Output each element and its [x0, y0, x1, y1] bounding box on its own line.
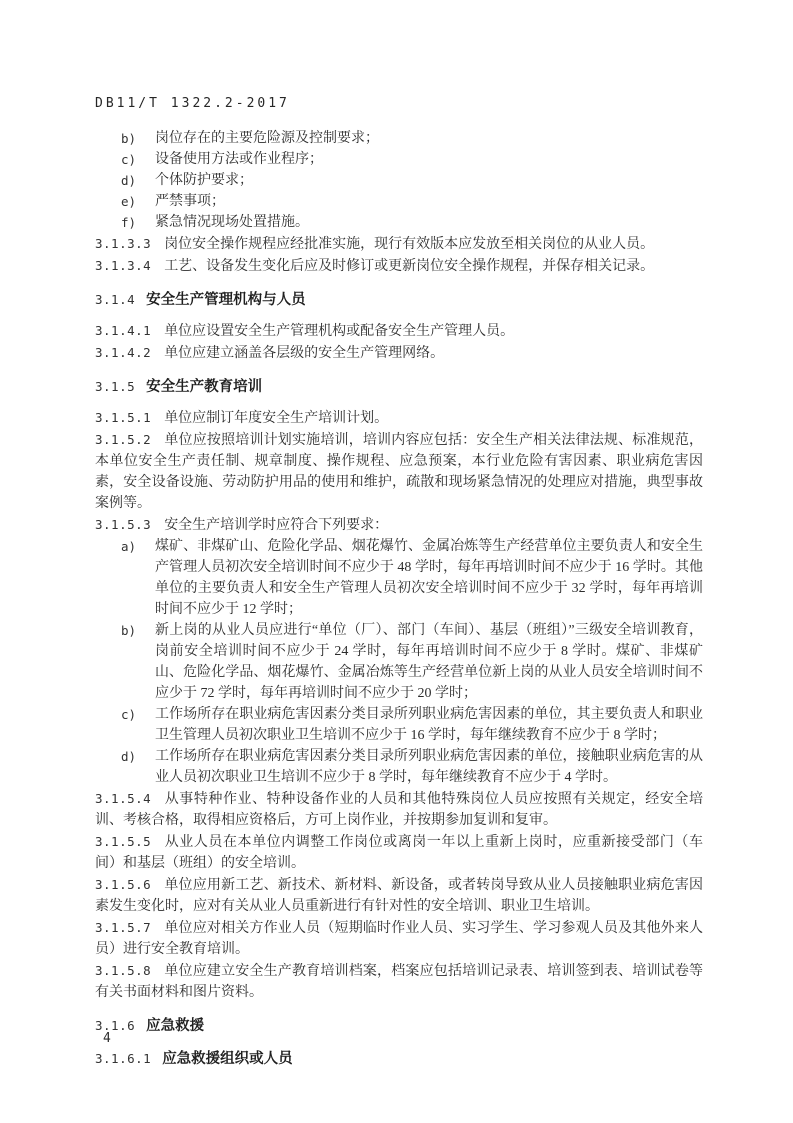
list-item: b) 新上岗的从业人员应进行“单位（厂）、部门（车间）、基层（班组）”三级安全培…: [95, 620, 703, 704]
clause-text: 单位应制订年度安全生产培训计划。: [164, 411, 388, 426]
clause-3-1-4-2: 3.1.4.2单位应建立涵盖各层级的安全生产管理网络。: [95, 342, 703, 364]
heading-3-1-4: 3.1.4安全生产管理机构与人员: [95, 289, 703, 311]
clause-text: 单位应建立安全生产教育培训档案，档案应包括培训记录表、培训签到表、培训试卷等有关…: [95, 964, 703, 1000]
clause-number: 3.1.5.2: [95, 432, 151, 447]
list-item: c) 工作场所存在职业病危害因素分类目录所列职业病危害因素的单位，其主要负责人和…: [95, 704, 703, 746]
clause-text: 单位应建立涵盖各层级的安全生产管理网络。: [164, 346, 444, 361]
clause-3-1-5-1: 3.1.5.1单位应制订年度安全生产培训计划。: [95, 407, 703, 429]
clause-3-1-5-6: 3.1.5.6单位应用新工艺、新技术、新材料、新设备，或者转岗导致从业人员接触职…: [95, 874, 703, 917]
heading-number: 3.1.6: [95, 1018, 135, 1033]
clause-text: 从业人员在本单位内调整工作岗位或离岗一年以上重新上岗时，应重新接受部门（车间）和…: [95, 835, 703, 871]
list-item: c) 设备使用方法或作业程序；: [95, 149, 703, 170]
list-item: b) 岗位存在的主要危险源及控制要求；: [95, 128, 703, 149]
clause-3-1-5-5: 3.1.5.5从业人员在本单位内调整工作岗位或离岗一年以上重新上岗时，应重新接受…: [95, 831, 703, 874]
list-text: 新上岗的从业人员应进行“单位（厂）、部门（车间）、基层（班组）”三级安全培训教育…: [155, 623, 703, 701]
clause-number: 3.1.5.8: [95, 963, 151, 978]
list-item: a) 煤矿、非煤矿山、危险化学品、烟花爆竹、金属冶炼等生产经营单位主要负责人和安…: [95, 536, 703, 620]
clause-3-1-3-3: 3.1.3.3岗位安全操作规程应经批准实施，现行有效版本应发放至相关岗位的从业人…: [95, 233, 703, 255]
clause-3-1-4-1: 3.1.4.1单位应设置安全生产管理机构或配备安全生产管理人员。: [95, 320, 703, 342]
heading-number: 3.1.5: [95, 379, 135, 394]
clause-text: 单位应对相关方作业人员（短期临时作业人员、实习学生、学习参观人员及其他外来人员）…: [95, 921, 703, 957]
list-marker: a): [121, 536, 136, 557]
list-item: e) 严禁事项；: [95, 191, 703, 212]
clause-text: 岗位安全操作规程应经批准实施，现行有效版本应发放至相关岗位的从业人员。: [164, 237, 654, 252]
list-text: 设备使用方法或作业程序；: [155, 152, 323, 167]
page-footer: 4: [103, 1029, 111, 1047]
heading-3-1-6: 3.1.6应急救援: [95, 1015, 703, 1037]
clause-text: 单位应设置安全生产管理机构或配备安全生产管理人员。: [164, 324, 514, 339]
document-body: b) 岗位存在的主要危险源及控制要求； c) 设备使用方法或作业程序； d) 个…: [95, 128, 703, 1070]
clause-3-1-5-8: 3.1.5.8单位应建立安全生产教育培训档案，档案应包括培训记录表、培训签到表、…: [95, 960, 703, 1003]
clause-text: 单位应按照培训计划实施培训，培训内容应包括：安全生产相关法律法规、标准规范，本单…: [95, 433, 703, 511]
list-marker: b): [121, 620, 136, 641]
clause-number: 3.1.5.4: [95, 791, 151, 806]
clause-3-1-3-4: 3.1.3.4工艺、设备发生变化后应及时修订或更新岗位安全操作规程，并保存相关记…: [95, 255, 703, 277]
heading-text: 安全生产管理机构与人员: [146, 292, 306, 308]
heading-number: 3.1.4: [95, 292, 135, 307]
list-marker: c): [121, 149, 136, 170]
list-marker: f): [121, 212, 136, 233]
list-item: d) 个体防护要求；: [95, 170, 703, 191]
list-marker: d): [121, 746, 136, 767]
clause-3-1-5-4: 3.1.5.4从事特种作业、特种设备作业的人员和其他特殊岗位人员应按照有关规定，…: [95, 788, 703, 831]
list-text: 严禁事项；: [155, 194, 225, 209]
list-marker: d): [121, 170, 136, 191]
heading-number: 3.1.6.1: [95, 1051, 151, 1066]
clause-3-1-5-7: 3.1.5.7单位应对相关方作业人员（短期临时作业人员、实习学生、学习参观人员及…: [95, 917, 703, 960]
list-text: 煤矿、非煤矿山、危险化学品、烟花爆竹、金属冶炼等生产经营单位主要负责人和安全生产…: [155, 539, 703, 617]
heading-text: 应急救援: [146, 1018, 204, 1034]
list-text: 岗位存在的主要危险源及控制要求；: [155, 131, 379, 146]
clause-number: 3.1.4.1: [95, 323, 151, 338]
list-item: f) 紧急情况现场处置措施。: [95, 212, 703, 233]
clause-number: 3.1.3.4: [95, 258, 151, 273]
doc-code: DB11/T 1322.2-2017: [95, 96, 290, 111]
list-marker: c): [121, 704, 136, 725]
list-text: 紧急情况现场处置措施。: [155, 215, 309, 230]
clause-text: 安全生产培训学时应符合下列要求：: [164, 518, 388, 533]
clause-3-1-5-2: 3.1.5.2单位应按照培训计划实施培训，培训内容应包括：安全生产相关法律法规、…: [95, 429, 703, 514]
list-text: 工作场所存在职业病危害因素分类目录所列职业病危害因素的单位，其主要负责人和职业卫…: [155, 707, 703, 743]
heading-text: 应急救援组织或人员: [162, 1051, 293, 1067]
list-item: d) 工作场所存在职业病危害因素分类目录所列职业病危害因素的单位，接触职业病危害…: [95, 746, 703, 788]
clause-number: 3.1.5.7: [95, 920, 151, 935]
heading-text: 安全生产教育培训: [146, 379, 262, 395]
list-marker: e): [121, 191, 136, 212]
page-number: 4: [103, 1031, 111, 1046]
clause-text: 工艺、设备发生变化后应及时修订或更新岗位安全操作规程，并保存相关记录。: [164, 259, 654, 274]
heading-3-1-6-1: 3.1.6.1应急救援组织或人员: [95, 1048, 703, 1070]
clause-number: 3.1.5.5: [95, 834, 151, 849]
clause-3-1-5-3: 3.1.5.3安全生产培训学时应符合下列要求：: [95, 514, 703, 536]
document-page: DB11/T 1322.2-2017 b) 岗位存在的主要危险源及控制要求； c…: [0, 0, 793, 1123]
clause-number: 3.1.5.6: [95, 877, 151, 892]
list-marker: b): [121, 128, 136, 149]
clause-number: 3.1.4.2: [95, 345, 151, 360]
clause-number: 3.1.5.1: [95, 410, 151, 425]
clause-text: 单位应用新工艺、新技术、新材料、新设备，或者转岗导致从业人员接触职业病危害因素发…: [95, 878, 703, 914]
heading-3-1-5: 3.1.5安全生产教育培训: [95, 376, 703, 398]
clause-text: 从事特种作业、特种设备作业的人员和其他特殊岗位人员应按照有关规定，经安全培训、考…: [95, 792, 703, 828]
clause-number: 3.1.5.3: [95, 517, 151, 532]
list-text: 个体防护要求；: [155, 173, 253, 188]
list-text: 工作场所存在职业病危害因素分类目录所列职业病危害因素的单位，接触职业病危害的从业…: [155, 749, 703, 785]
clause-number: 3.1.3.3: [95, 236, 151, 251]
page-header: DB11/T 1322.2-2017: [95, 94, 290, 112]
